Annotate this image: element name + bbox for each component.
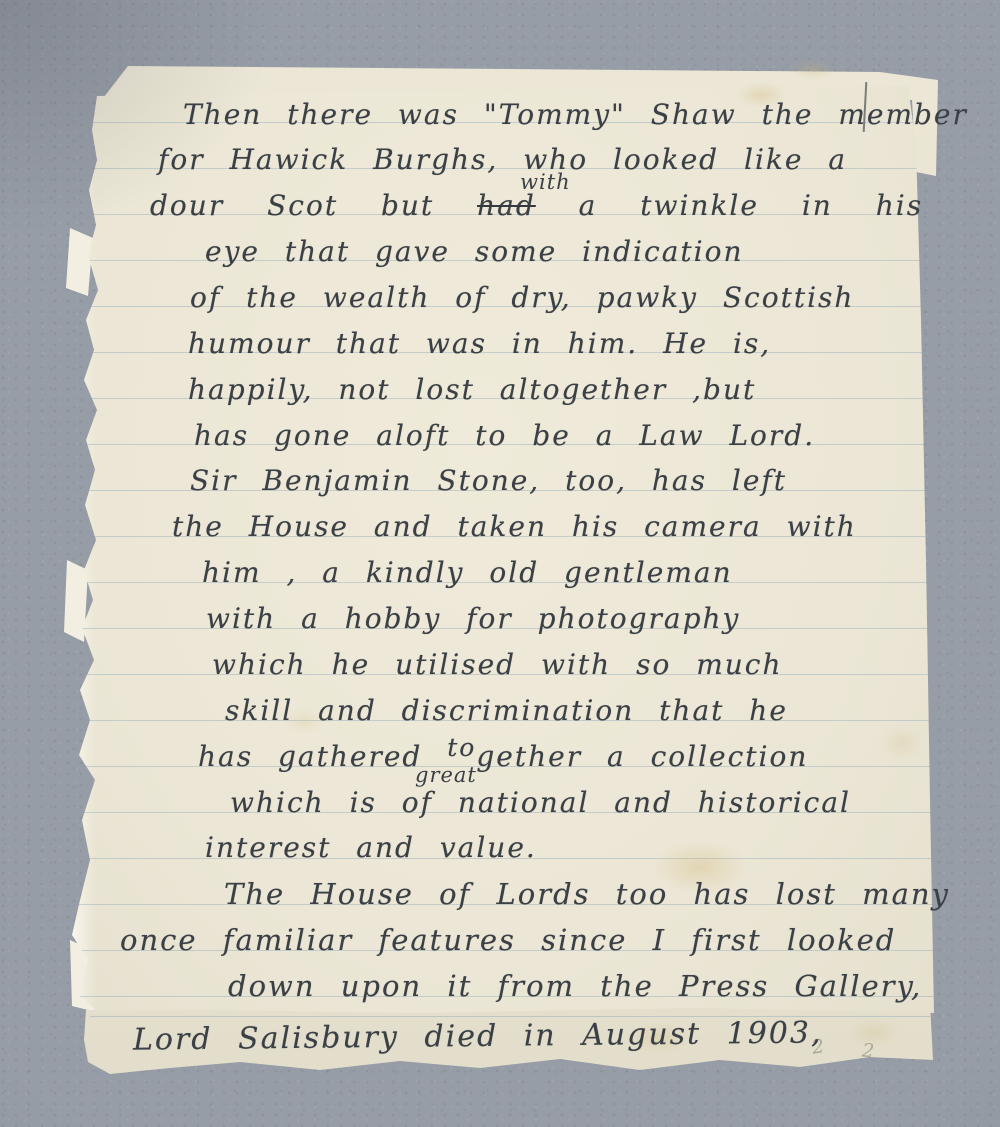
insertion-with: with — [520, 170, 571, 194]
pencil-mark-2: 2 — [861, 1039, 875, 1062]
line-15-pre: has gathered — [198, 740, 447, 773]
handwritten-line-19: once familiar features since I first loo… — [120, 923, 896, 957]
line-3-pre: dour Scot but — [150, 189, 477, 222]
handwritten-line-2: for Hawick Burghs, who looked like a — [158, 143, 847, 177]
handwritten-line-15: has gathered together a collection — [198, 740, 808, 775]
stain-backing — [790, 60, 836, 80]
insertion-great: great — [415, 763, 477, 787]
handwritten-line-18: The House of Lords too has lost many — [224, 877, 950, 911]
handwritten-line-9: Sir Benjamin Stone, too, has left — [190, 464, 787, 498]
handwritten-line-11: him , a kindly old gentleman — [202, 556, 733, 590]
line-3-post: a twinkle in his — [536, 189, 923, 222]
handwritten-line-13: which he utilised with so much — [212, 648, 783, 682]
handwritten-line-20: down upon it from the Press Gallery, — [228, 969, 922, 1003]
strip-annotation-line: Lord Salisbury died in August 1903, — [133, 1016, 823, 1057]
handwritten-line-6: humour that was in him. He is, — [188, 327, 771, 361]
manuscript-photo: Then there was "Tommy" Shaw the member f… — [0, 0, 1000, 1127]
handwritten-line-4: eye that gave some indication — [205, 235, 743, 269]
handwritten-line-14: skill and discrimination that he — [225, 694, 788, 728]
handwritten-line-17: interest and value. — [205, 831, 537, 865]
handwritten-line-3: dour Scot but had a twinkle in his — [150, 189, 923, 223]
torn-edge-sliver-1 — [66, 226, 94, 298]
line-16-post: national and historical — [458, 786, 851, 819]
line-16-pre: which is of — [230, 786, 458, 819]
handwritten-line-8: has gone aloft to be a Law Lord. — [194, 419, 815, 453]
raised-word-to: to — [447, 733, 476, 762]
handwritten-line-7: happily, not lost altogether ,but — [188, 373, 756, 407]
handwritten-line-1: Then there was "Tommy" Shaw the member — [183, 98, 968, 132]
handwritten-line-5: of the wealth of dry, pawky Scottish — [190, 281, 854, 315]
handwritten-line-12: with a hobby for photography — [206, 602, 740, 636]
line-15-post: gether a collection — [476, 740, 808, 773]
handwritten-line-10: the House and taken his camera with — [172, 510, 857, 544]
handwritten-line-16: which is of national and historical — [230, 786, 851, 820]
stain-4 — [880, 726, 924, 760]
